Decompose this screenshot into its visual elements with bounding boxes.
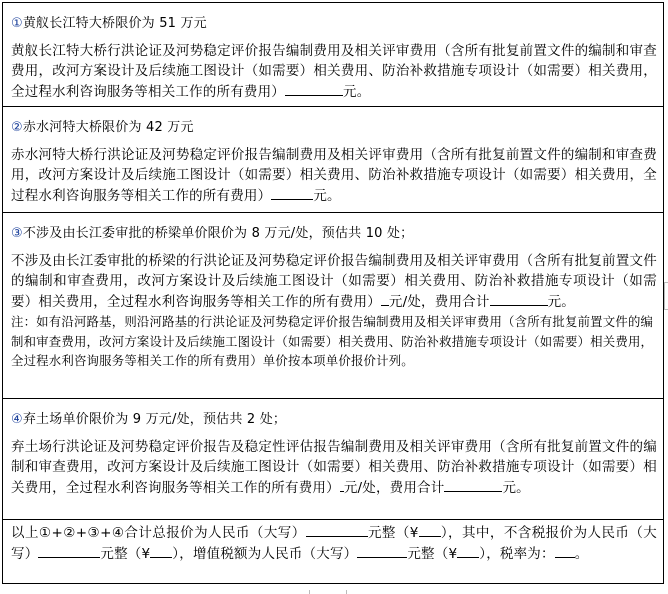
fill-in-blank-amount[interactable]: [285, 81, 343, 96]
unit-text: 元。: [343, 84, 370, 100]
fill-in-blank-total-figure[interactable]: [419, 522, 441, 537]
total-row: 以上①+②+③+④合计总报价为人民币（大写）元整（¥），其中，不含税报价为人民币…: [3, 520, 664, 584]
total-text: ），税率为：: [479, 546, 554, 562]
fill-in-blank-total-capital[interactable]: [306, 522, 368, 537]
section-body-2: 赤水河特大桥行洪论证及河势稳定评价报告编制费用及相关评审费用（含所有批复前置文件…: [11, 145, 657, 206]
total-prefix-text: 以上①+②+③+④合计总报价为人民币（大写）: [11, 525, 306, 541]
section-note: 注：如有沿河路基，则沿河路基的行洪论证及河势稳定评价报告编制费用及相关评审费用（…: [11, 312, 657, 371]
unit-text: 元。: [502, 480, 529, 496]
quotation-table: ①黄舣长江特大桥限价为 51 万元 黄舣长江特大桥行洪论证及河势稳定评价报告编制…: [2, 2, 664, 584]
section-title-4: ④弃土场单价限价为 9 万元/处，预估共 2 处；: [11, 410, 657, 430]
section-body-4: 弃土场行洪论证及河势稳定评价报告及稳定性评估报告编制费用及相关评审费用（含所有批…: [11, 437, 657, 498]
section-body-1: 黄舣长江特大桥行洪论证及河势稳定评价报告编制费用及相关评审费用（含所有批复前置文…: [11, 41, 657, 102]
section-row-1: ①黄舣长江特大桥限价为 51 万元 黄舣长江特大桥行洪论证及河势稳定评价报告编制…: [3, 3, 664, 107]
total-text: 。: [575, 546, 589, 562]
fill-in-blank-vat-figure[interactable]: [457, 543, 479, 558]
page-edge-marker: [309, 590, 347, 594]
fill-in-blank-vat-capital[interactable]: [357, 543, 407, 558]
section-title-1: ①黄舣长江特大桥限价为 51 万元: [11, 14, 657, 34]
fill-in-blank-unit-price[interactable]: [381, 291, 389, 306]
section-title-text: 不涉及由长江委审批的桥梁单价限价为 8 万元/处，预估共 10 处；: [23, 226, 414, 241]
section-title-text: 弃土场单价限价为 9 万元/处，预估共 2 处；: [23, 412, 286, 427]
fill-in-blank-total[interactable]: [444, 477, 502, 492]
circled-number-3: ③: [11, 226, 23, 241]
fill-in-blank-pretax-figure[interactable]: [150, 543, 172, 558]
circled-number-2: ②: [11, 120, 23, 135]
total-statement: 以上①+②+③+④合计总报价为人民币（大写）元整（¥），其中，不含税报价为人民币…: [11, 522, 657, 564]
total-text: 元整（¥: [368, 525, 419, 541]
section-title-text: 黄舣长江特大桥限价为 51 万元: [23, 16, 207, 31]
unit-text: 元。: [548, 294, 575, 310]
section-title-text: 赤水河特大桥限价为 42 万元: [23, 120, 194, 135]
fill-in-blank-pretax-capital[interactable]: [38, 543, 100, 558]
fill-in-blank-amount[interactable]: [271, 185, 313, 200]
total-text: 元整（¥: [100, 546, 150, 562]
fill-in-blank-total[interactable]: [490, 291, 548, 306]
unit-price-text: 元/处，费用合计: [389, 294, 490, 310]
unit-price-text: 元/处，费用合计: [344, 480, 445, 496]
section-row-4: ④弃土场单价限价为 9 万元/处，预估共 2 处； 弃土场行洪论证及河势稳定评价…: [3, 399, 664, 520]
margin-marker: [664, 282, 668, 310]
fill-in-blank-tax-rate[interactable]: [555, 543, 575, 558]
total-text: ），增值税额为人民币（大写）: [172, 546, 357, 562]
total-text: 元整（¥: [407, 546, 457, 562]
section-body-text: 弃土场行洪论证及河势稳定评价报告及稳定性评估报告编制费用及相关评审费用（含所有批…: [11, 439, 657, 496]
section-row-2: ②赤水河特大桥限价为 42 万元 赤水河特大桥行洪论证及河势稳定评价报告编制费用…: [3, 107, 664, 213]
section-body-3: 不涉及由长江委审批的桥梁的行洪论证及河势稳定评价报告编制费用及相关评审费用（含所…: [11, 251, 657, 312]
section-row-3: ③不涉及由长江委审批的桥梁单价限价为 8 万元/处，预估共 10 处； 不涉及由…: [3, 213, 664, 399]
section-title-3: ③不涉及由长江委审批的桥梁单价限价为 8 万元/处，预估共 10 处；: [11, 224, 657, 244]
unit-text: 元。: [313, 188, 340, 204]
circled-number-1: ①: [11, 16, 23, 31]
section-title-2: ②赤水河特大桥限价为 42 万元: [11, 118, 657, 138]
circled-number-4: ④: [11, 412, 23, 427]
